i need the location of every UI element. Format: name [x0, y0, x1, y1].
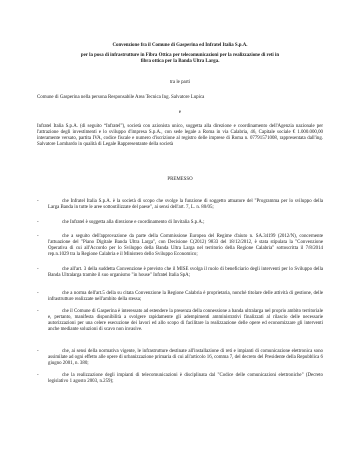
party-infratel: Infratel Italia S.p.A. (di seguito “Infr…	[37, 124, 323, 148]
party-municipality: Comune di Gasperina nella persona Respon…	[37, 95, 327, 101]
premise-text: che Infratel è soggetta alla direzione e…	[37, 220, 323, 226]
premise-text: che all'art. 3 della suddetta Convenzion…	[37, 267, 323, 279]
document-title-line-3: fibra ottica per la Banda Ultra Larga.	[0, 59, 360, 65]
document-page: Convenzione fra il Comune di Gasperina e…	[0, 0, 360, 466]
premise-text: che il Comune di Gasperina è interessato…	[37, 309, 323, 333]
conjunction-e: e	[0, 110, 360, 116]
premise-text: che a norma dell'art.5 della su citata C…	[37, 291, 323, 303]
document-title-line-2: per la posa di infrastrutture in Fibra O…	[0, 53, 360, 59]
between-parties-label: tra le parti	[0, 80, 360, 86]
premise-text: che a seguito dell'approvazione da parte…	[37, 234, 323, 258]
section-heading-premesso: PREMESSO	[0, 177, 360, 183]
premise-text: che Infratel Italia S.p.A. è la società …	[37, 199, 323, 211]
document-title-line-1: Convenzione fra il Comune di Gasperina e…	[0, 43, 360, 49]
premise-text: che la realizzazione degli impianti di t…	[37, 373, 323, 385]
premise-text: che, ai sensi della normativa vigente, l…	[37, 349, 323, 367]
